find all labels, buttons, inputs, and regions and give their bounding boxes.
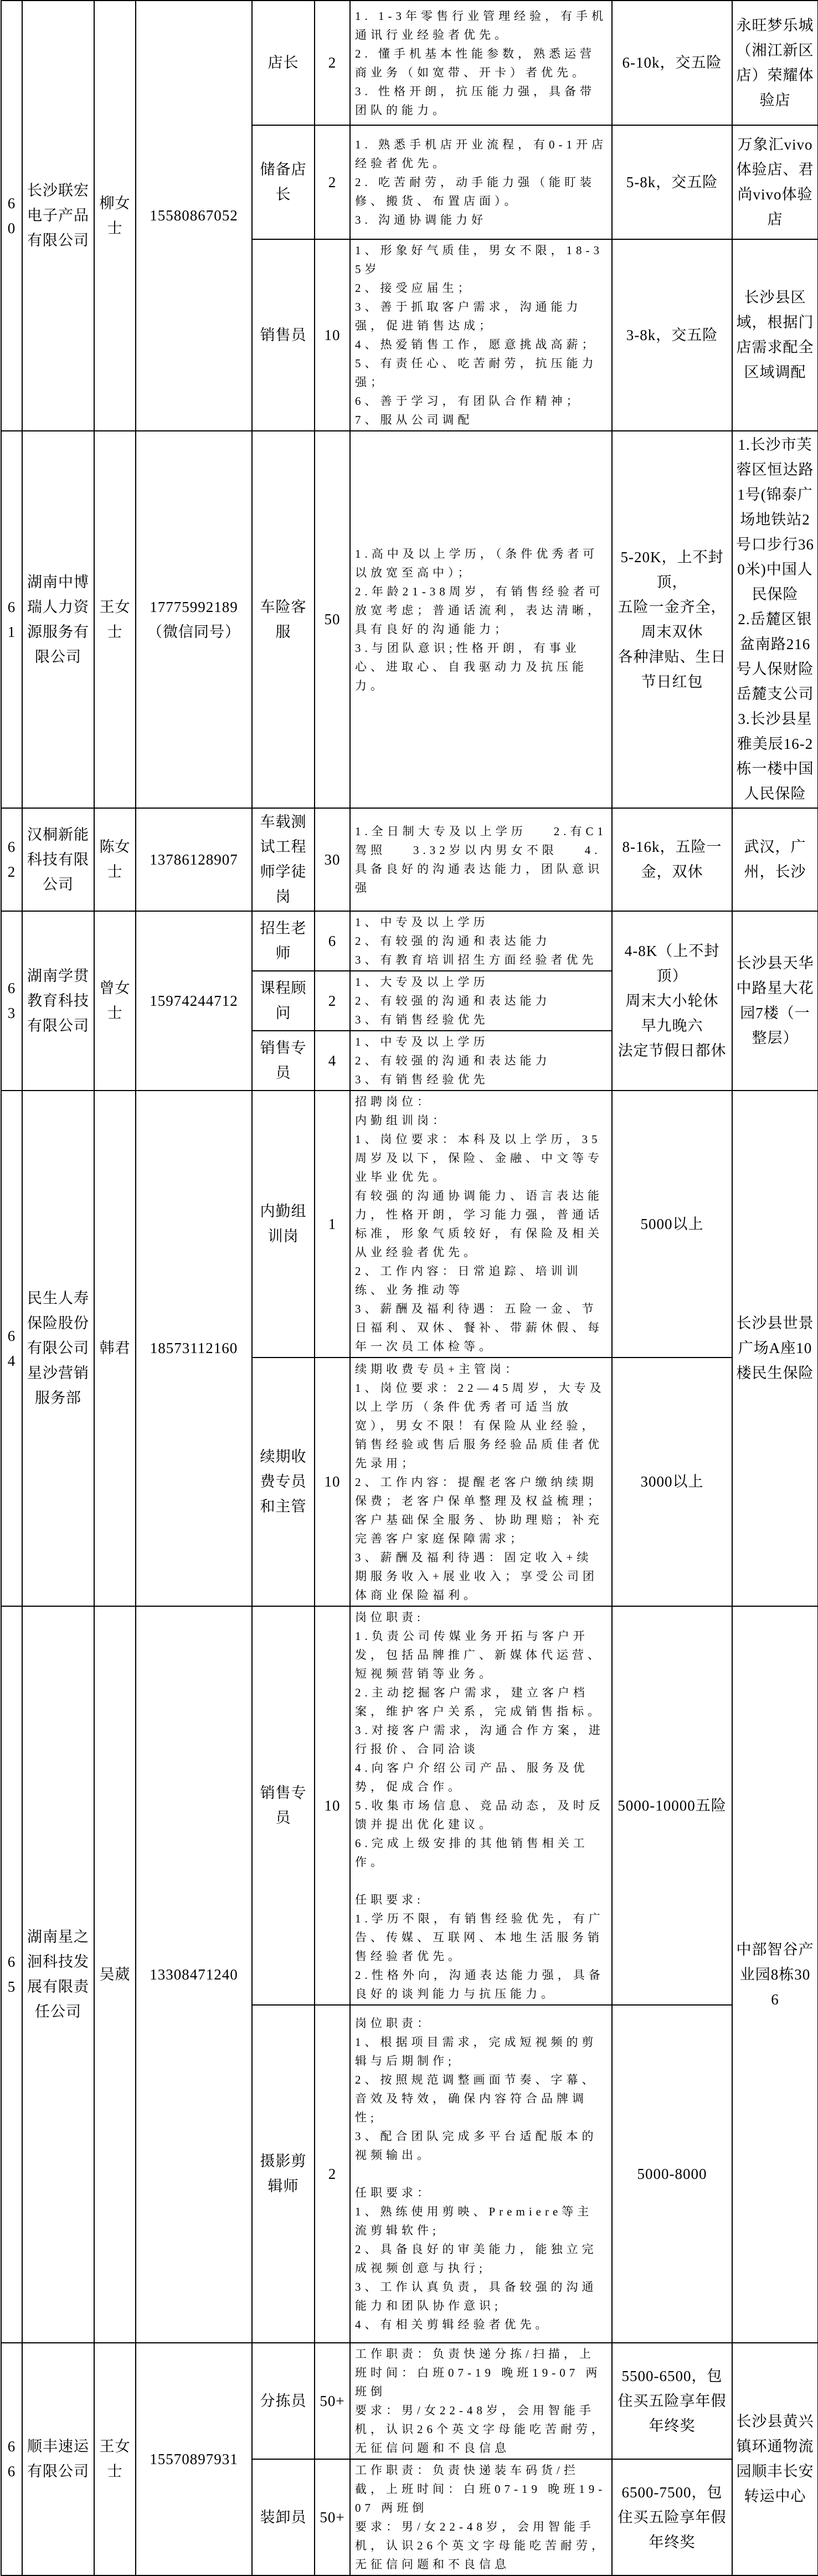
- position-count: 10: [315, 239, 350, 431]
- position-salary: 6500-7500，包住买五险享年假年终奖: [612, 2459, 732, 2575]
- position-title: 招生老师: [252, 911, 315, 971]
- contact-name: 曾女士: [94, 911, 136, 1091]
- position-count: 2: [315, 125, 350, 239]
- contact-phone: 17775992189（微信同号）: [136, 431, 252, 808]
- contact-phone: 18573112160: [136, 1091, 252, 1606]
- position-title: 车险客服: [252, 431, 315, 808]
- position-requirements: 工作职责：负责快递装车码货/拦截，上班时间：白班07-19 晚班19-07 两班…: [350, 2459, 612, 2575]
- company-name: 民生人寿保险股份有限公司星沙营销服务部: [22, 1091, 94, 1606]
- position-salary: 6-10k，交五险: [612, 1, 732, 125]
- position-count: 50: [315, 431, 350, 808]
- position-requirements: 1、形象好气质佳，男女不限，18-35岁 2、接受应届生； 3、善于抓取客户需求…: [350, 239, 612, 431]
- row-number: 65: [1, 1606, 22, 2343]
- position-requirements: 工作职责：负责快递分拣/扫描，上班时间：白班07-19 晚班19-07 两班倒 …: [350, 2343, 612, 2459]
- position-location: 长沙县天华中路星大花园7楼（一整层）: [732, 911, 818, 1091]
- company-name: 顺丰速运有限公司: [22, 2343, 94, 2575]
- job-row-65-1: 65湖南星之洄科技发展有限责任公司吴葳13308471240销售专员10岗位职责…: [1, 1606, 818, 2005]
- position-salary: 5000-10000五险: [612, 1606, 732, 2005]
- contact-phone: 13786128907: [136, 808, 252, 911]
- job-row-62: 62汉桐新能科技有限公司陈女士13786128907车载测试工程师学徒岗301.…: [1, 808, 818, 911]
- position-title: 课程顾问: [252, 971, 315, 1031]
- position-location: 中部智谷产业园8栋306: [732, 1606, 818, 2343]
- position-count: 10: [315, 1358, 350, 1606]
- position-salary: 5000-8000: [612, 2005, 732, 2343]
- position-salary: 4-8K（上不封顶） 周末大小轮休 早九晚六 法定节假日都休: [612, 911, 732, 1091]
- company-name: 湖南中博瑞人力资源服务有限公司: [22, 431, 94, 808]
- contact-phone: 15974244712: [136, 911, 252, 1091]
- position-requirements: 1.高中及以上学历，（条件优秀者可以放宽至高中）； 2.年龄21-38周岁，有销…: [350, 431, 612, 808]
- position-location: 长沙县黄兴镇环通物流园顺丰长安转运中心: [732, 2343, 818, 2575]
- position-requirements: 1. 1-3年零售行业管理经验，有手机通讯行业经验者优先。 2. 懂手机基本性能…: [350, 1, 612, 125]
- position-count: 10: [315, 1606, 350, 2005]
- position-title: 车载测试工程师学徒岗: [252, 808, 315, 911]
- row-number: 62: [1, 808, 22, 911]
- position-location: 长沙县世景广场A座10楼民生保险: [732, 1091, 818, 1606]
- position-count: 2: [315, 1, 350, 125]
- position-salary: 5000以上: [612, 1091, 732, 1358]
- position-count: 50+: [315, 2343, 350, 2459]
- position-salary: 5500-6500，包住买五险享年假年终奖: [612, 2343, 732, 2459]
- position-salary: 3-8k，交五险: [612, 239, 732, 431]
- job-row-66-1: 66顺丰速运有限公司王女士15570897931分拣员50+工作职责：负责快递分…: [1, 2343, 818, 2459]
- position-title: 储备店长: [252, 125, 315, 239]
- position-requirements: 1、中专及以上学历 2、有较强的沟通和表达能力 3、有教育培训招生方面经验者优先: [350, 911, 612, 971]
- company-name: 湖南学贯教育科技有限公司: [22, 911, 94, 1091]
- recruitment-table: 60长沙联宏电子产品有限公司柳女士15580867052店长21. 1-3年零售…: [1, 0, 818, 2576]
- position-requirements: 岗位职责: 1.负责公司传媒业务开拓与客户开发，包括品牌推广、新媒体代运营、短视…: [350, 1606, 612, 2005]
- job-row-60-1: 60长沙联宏电子产品有限公司柳女士15580867052店长21. 1-3年零售…: [1, 1, 818, 125]
- position-requirements: 1、大专及以上学历 2、有较强的沟通和表达能力 3、有销售经验优先: [350, 971, 612, 1031]
- position-location: 长沙县区域，根据门店需求配全区域调配: [732, 239, 818, 431]
- contact-name: 王女士: [94, 2343, 136, 2575]
- position-count: 1: [315, 1091, 350, 1358]
- company-name: 湖南星之洄科技发展有限责任公司: [22, 1606, 94, 2343]
- position-title: 内勤组训岗: [252, 1091, 315, 1358]
- position-title: 店长: [252, 1, 315, 125]
- position-location: 1.长沙市芙蓉区恒达路1号(锦泰广场地铁站2号口步行360米)中国人民保险 2.…: [732, 431, 818, 808]
- contact-name: 韩君: [94, 1091, 136, 1606]
- position-location: 永旺梦乐城（湘江新区店）荣耀体验店: [732, 1, 818, 125]
- position-salary: 5-8k，交五险: [612, 125, 732, 239]
- recruitment-page: 60长沙联宏电子产品有限公司柳女士15580867052店长21. 1-3年零售…: [0, 0, 818, 2576]
- contact-name: 王女士: [94, 431, 136, 808]
- company-name: 汉桐新能科技有限公司: [22, 808, 94, 911]
- position-requirements: 岗位职责： 1、根据项目需求，完成短视频的剪辑与后期制作; 2、按照规范调整画面…: [350, 2005, 612, 2343]
- row-number: 66: [1, 2343, 22, 2575]
- position-count: 2: [315, 971, 350, 1031]
- position-location: 万象汇vivo体验店、君尚vivo体验店: [732, 125, 818, 239]
- position-requirements: 1、中专及以上学历 2、有较强的沟通和表达能力 3、有销售经验优先: [350, 1031, 612, 1091]
- row-number: 61: [1, 431, 22, 808]
- contact-name: 陈女士: [94, 808, 136, 911]
- contact-name: 吴葳: [94, 1606, 136, 2343]
- job-row-64-1: 64民生人寿保险股份有限公司星沙营销服务部韩君18573112160内勤组训岗1…: [1, 1091, 818, 1358]
- position-count: 30: [315, 808, 350, 911]
- position-title: 销售员: [252, 239, 315, 431]
- contact-phone: 15580867052: [136, 1, 252, 431]
- position-requirements: 招聘岗位： 内勤组训岗： 1、岗位要求：本科及以上学历，35周岁及以下，保险、金…: [350, 1091, 612, 1358]
- position-count: 2: [315, 2005, 350, 2343]
- position-title: 销售专员: [252, 1606, 315, 2005]
- position-count: 6: [315, 911, 350, 971]
- recruitment-table-body: 60长沙联宏电子产品有限公司柳女士15580867052店长21. 1-3年零售…: [1, 1, 818, 2575]
- position-salary: 8-16k，五险一金，双休: [612, 808, 732, 911]
- position-title: 装卸员: [252, 2459, 315, 2575]
- company-name: 长沙联宏电子产品有限公司: [22, 1, 94, 431]
- position-requirements: 续期收费专员+主管岗： 1、岗位要求：22—45周岁，大专及以上学历（条件优秀者…: [350, 1358, 612, 1606]
- job-row-61: 61湖南中博瑞人力资源服务有限公司王女士17775992189（微信同号）车险客…: [1, 431, 818, 808]
- position-title: 销售专员: [252, 1031, 315, 1091]
- position-requirements: 1.全日制大专及以上学历 2.有C1驾照 3.32岁以内男女不限 4.具备良好的…: [350, 808, 612, 911]
- job-row-63-1: 63湖南学贯教育科技有限公司曾女士15974244712招生老师61、中专及以上…: [1, 911, 818, 971]
- position-requirements: 1. 熟悉手机店开业流程，有0-1开店经验者优先。 2. 吃苦耐劳，动手能力强（…: [350, 125, 612, 239]
- position-location: 武汉，广州，长沙: [732, 808, 818, 911]
- position-title: 摄影剪辑师: [252, 2005, 315, 2343]
- row-number: 64: [1, 1091, 22, 1606]
- position-title: 续期收费专员和主管: [252, 1358, 315, 1606]
- position-count: 50+: [315, 2459, 350, 2575]
- position-salary: 3000以上: [612, 1358, 732, 1606]
- position-salary: 5-20K，上不封顶， 五险一金齐全， 周末双休 各种津贴、生日节日红包: [612, 431, 732, 808]
- position-title: 分拣员: [252, 2343, 315, 2459]
- position-count: 4: [315, 1031, 350, 1091]
- row-number: 60: [1, 1, 22, 431]
- contact-name: 柳女士: [94, 1, 136, 431]
- contact-phone: 13308471240: [136, 1606, 252, 2343]
- row-number: 63: [1, 911, 22, 1091]
- contact-phone: 15570897931: [136, 2343, 252, 2575]
